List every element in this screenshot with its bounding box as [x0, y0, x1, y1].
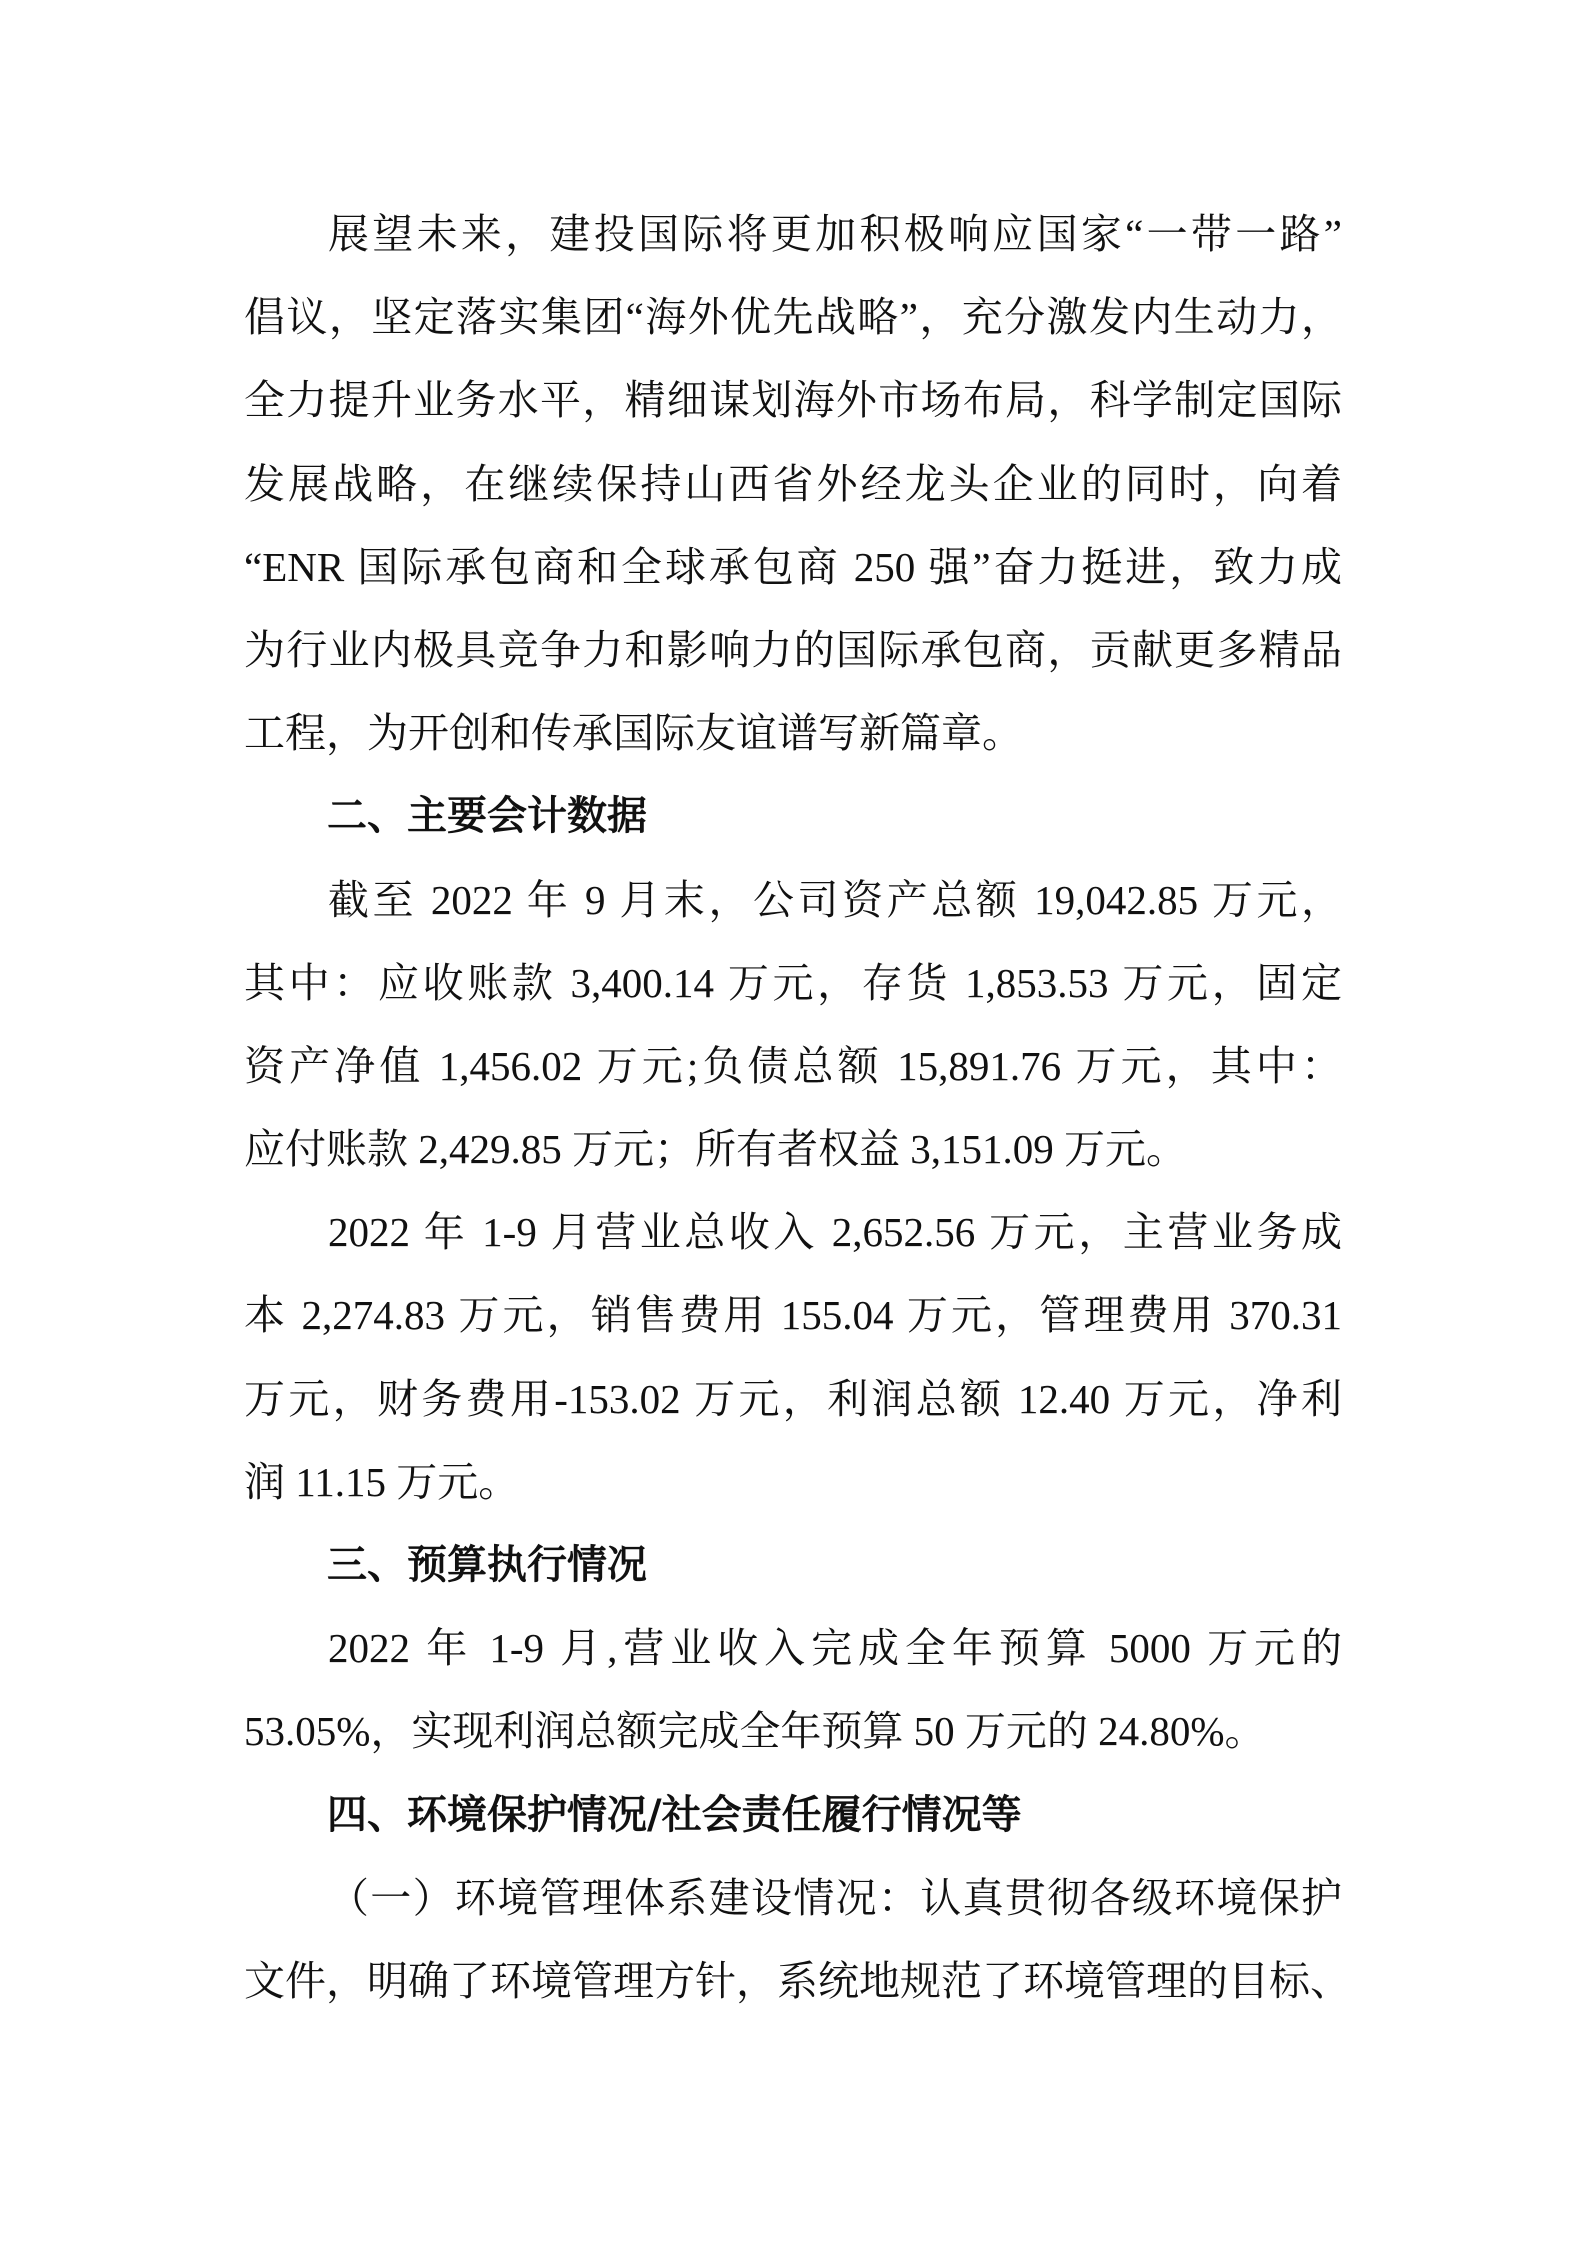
- paragraph-outlook-line-6: 为行业内极具竞争力和影响力的国际承包商，贡献更多精品: [244, 609, 1342, 692]
- paragraph-balance-line-2: 其中：应收账款 3,400.14 万元，存货 1,853.53 万元，固定: [244, 942, 1342, 1025]
- paragraph-income-line-1: 2022 年 1-9 月营业总收入 2,652.56 万元，主营业务成: [244, 1191, 1342, 1274]
- section-heading-accounting-data: 二、主要会计数据: [244, 775, 1342, 858]
- section-heading-environment-social: 四、环境保护情况/社会责任履行情况等: [244, 1774, 1342, 1857]
- paragraph-outlook-line-7: 工程，为开创和传承国际友谊谱写新篇章。: [244, 692, 1342, 775]
- section-heading-budget-execution: 三、预算执行情况: [244, 1524, 1342, 1607]
- paragraph-outlook-line-2: 倡议，坚定落实集团“海外优先战略”，充分激发内生动力，: [244, 276, 1342, 359]
- paragraph-outlook-line-1: 展望未来，建投国际将更加积极响应国家“一带一路”: [244, 193, 1342, 276]
- text-column: 展望未来，建投国际将更加积极响应国家“一带一路” 倡议，坚定落实集团“海外优先战…: [244, 193, 1342, 2023]
- paragraph-budget-line-2: 53.05%，实现利润总额完成全年预算 50 万元的 24.80%。: [244, 1690, 1342, 1773]
- paragraph-income-line-3: 万元，财务费用-153.02 万元，利润总额 12.40 万元，净利: [244, 1358, 1342, 1441]
- paragraph-environment-line-1: （一）环境管理体系建设情况：认真贯彻各级环境保护: [244, 1857, 1342, 1940]
- paragraph-outlook-line-3: 全力提升业务水平，精细谋划海外市场布局，科学制定国际: [244, 359, 1342, 442]
- paragraph-environment-line-2: 文件，明确了环境管理方针，系统地规范了环境管理的目标、: [244, 1940, 1342, 2023]
- document-page: 展望未来，建投国际将更加积极响应国家“一带一路” 倡议，坚定落实集团“海外优先战…: [0, 0, 1587, 2245]
- paragraph-income-line-4: 润 11.15 万元。: [244, 1441, 1342, 1524]
- paragraph-outlook-line-5: “ENR 国际承包商和全球承包商 250 强”奋力挺进，致力成: [244, 526, 1342, 609]
- paragraph-balance-line-4: 应付账款 2,429.85 万元；所有者权益 3,151.09 万元。: [244, 1108, 1342, 1191]
- paragraph-balance-line-3: 资产净值 1,456.02 万元;负债总额 15,891.76 万元，其中：: [244, 1025, 1342, 1108]
- paragraph-income-line-2: 本 2,274.83 万元，销售费用 155.04 万元，管理费用 370.31: [244, 1274, 1342, 1357]
- paragraph-balance-line-1: 截至 2022 年 9 月末，公司资产总额 19,042.85 万元，: [244, 859, 1342, 942]
- paragraph-outlook-line-4: 发展战略，在继续保持山西省外经龙头企业的同时，向着: [244, 443, 1342, 526]
- paragraph-budget-line-1: 2022 年 1-9 月,营业收入完成全年预算 5000 万元的: [244, 1607, 1342, 1690]
